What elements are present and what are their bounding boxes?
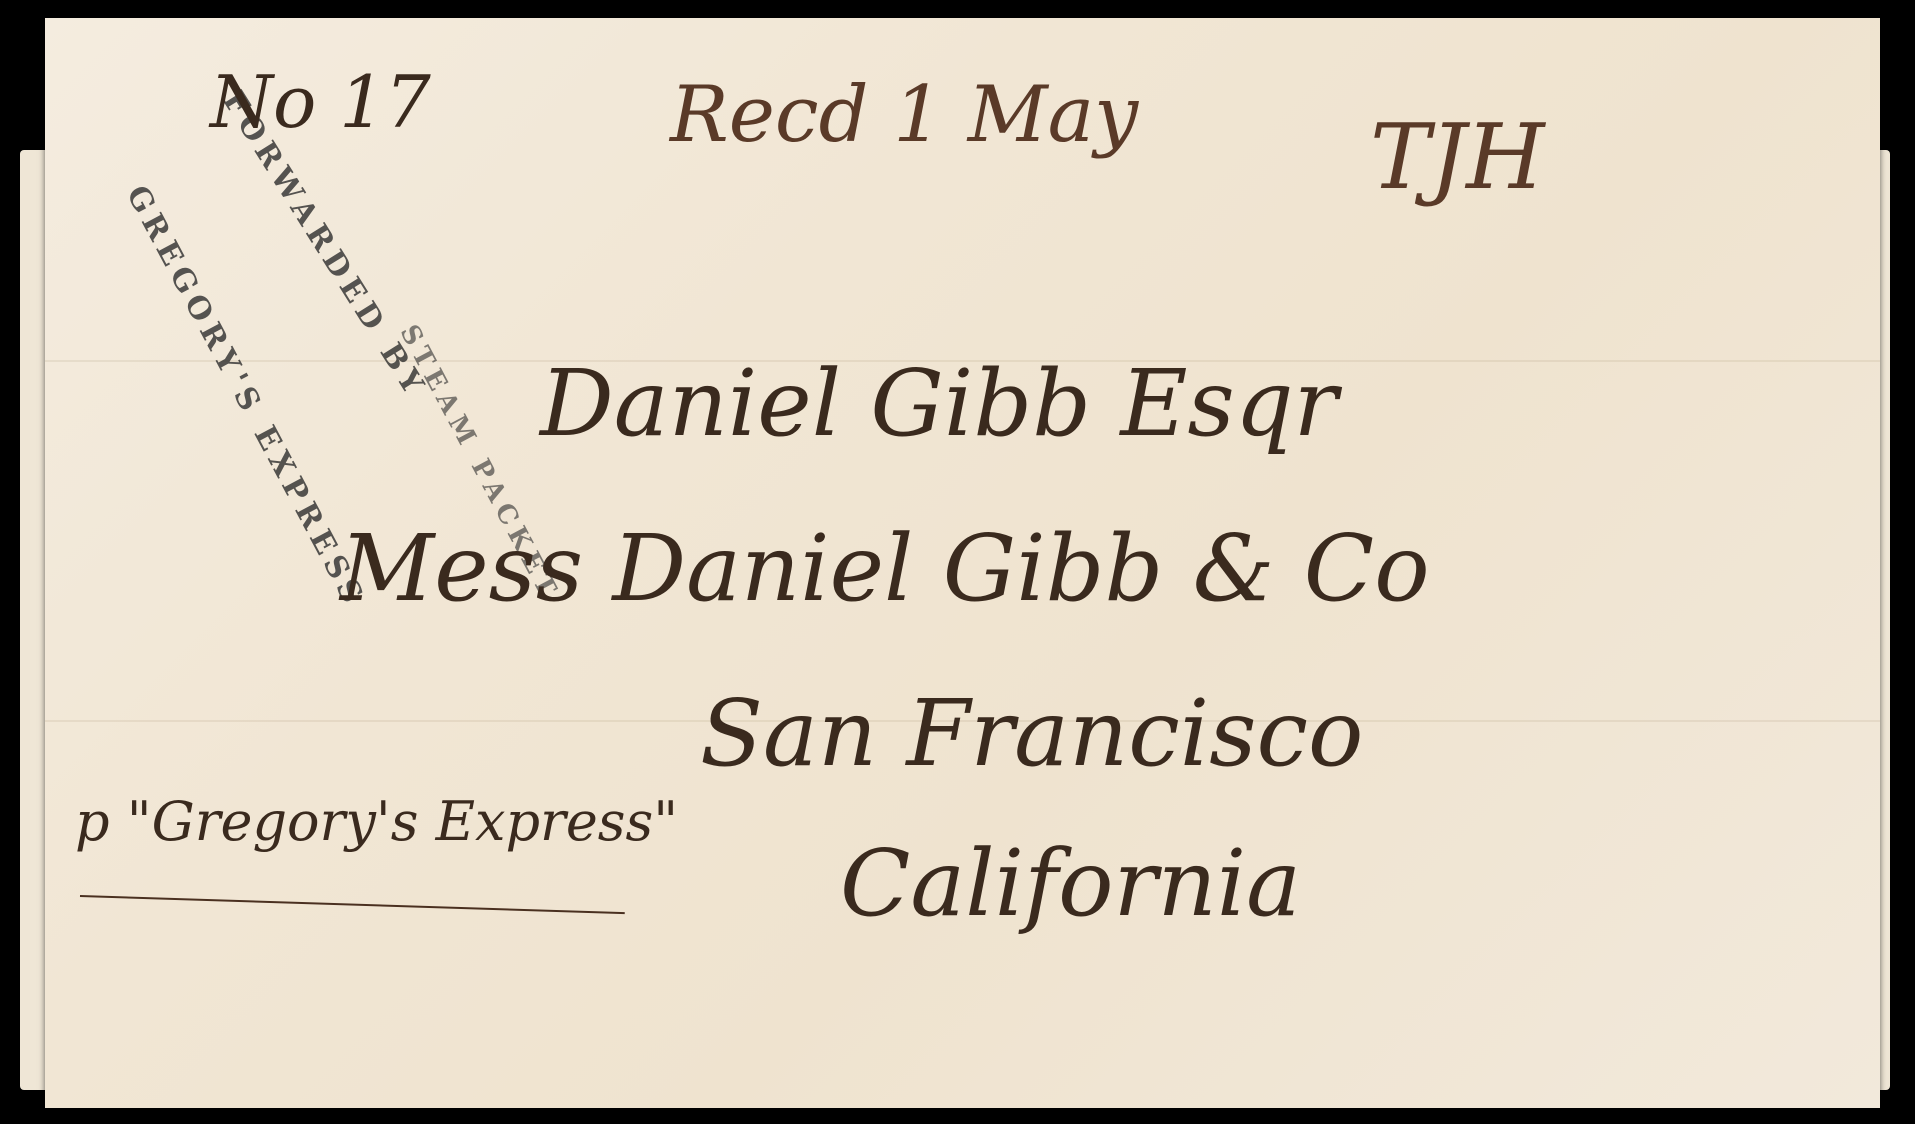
initials: TJH [1370, 105, 1545, 210]
state: California [840, 830, 1301, 937]
carrier-note: p "Gregory's Express" [75, 790, 678, 853]
docket-number: No 17 [210, 60, 431, 144]
city: San Francisco [700, 680, 1363, 787]
received-note: Recd 1 May [670, 70, 1138, 160]
addressee-line2: Mess Daniel Gibb & Co [340, 515, 1430, 622]
addressee-line1: Daniel Gibb Esqr [540, 350, 1338, 457]
